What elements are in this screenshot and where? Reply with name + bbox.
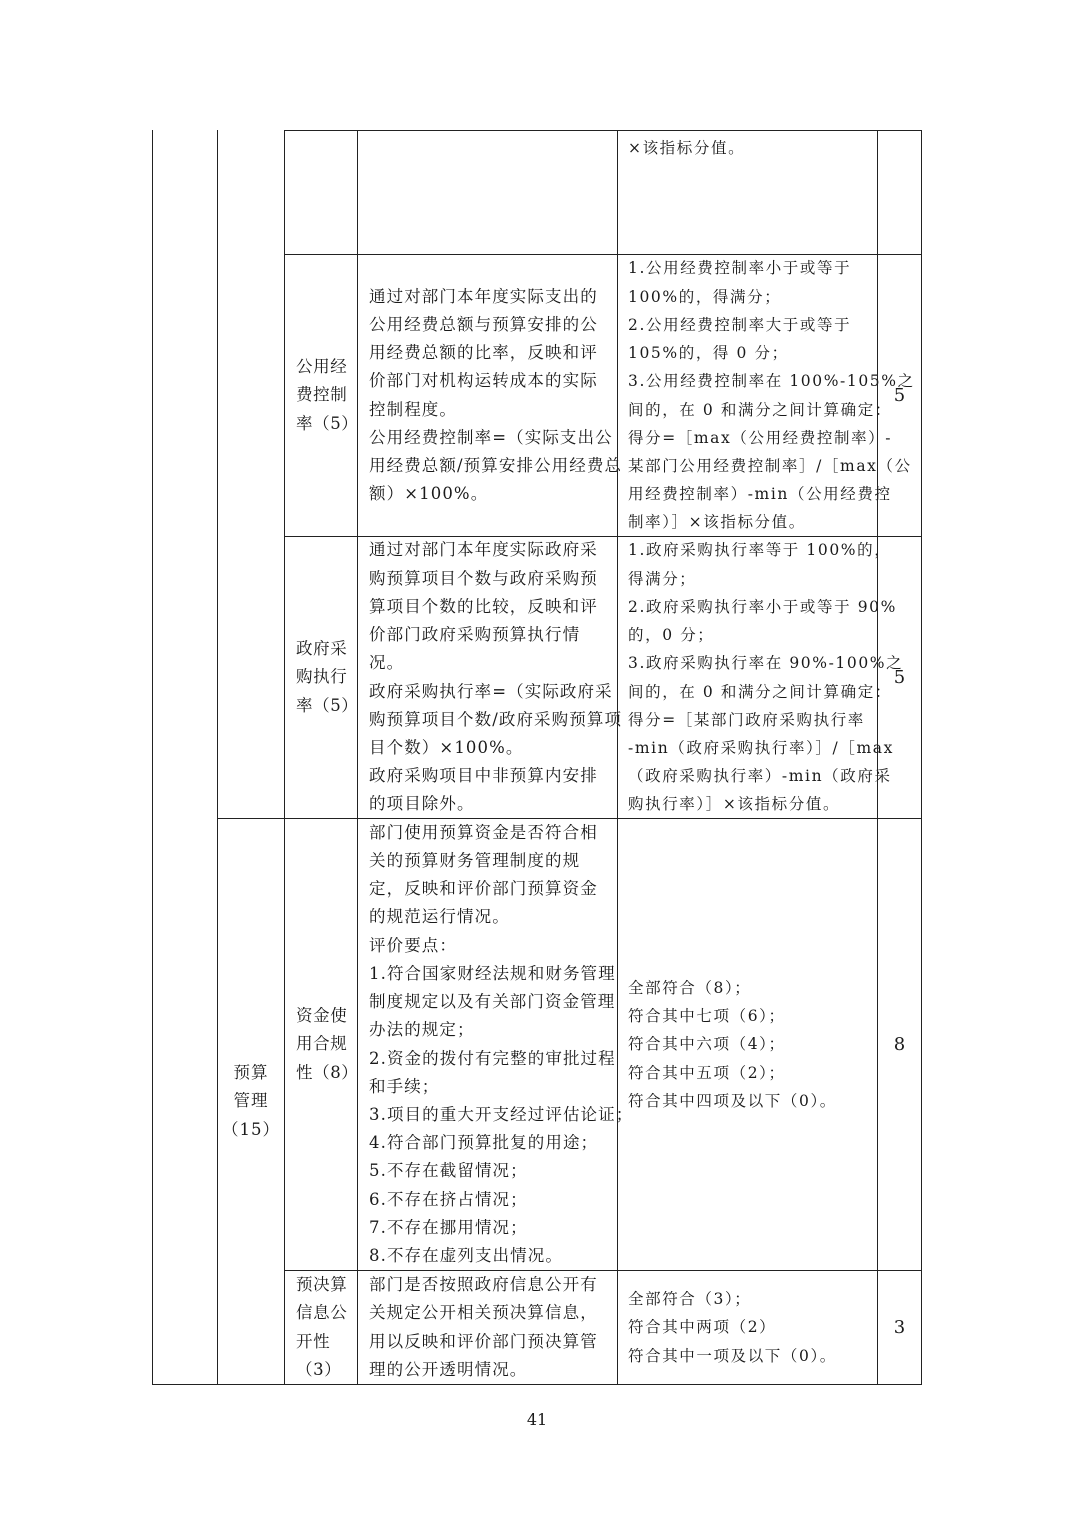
level2-indicator-cell-empty: [217, 130, 285, 819]
text-line: 性（8）: [296, 1059, 357, 1087]
text-line: 部门是否按照政府信息公开有: [369, 1271, 617, 1299]
indicator-cell-public-expense-control-rate: 公用经费控制率（5）: [284, 254, 358, 537]
text-line: 6.不存在挤占情况；: [369, 1186, 617, 1214]
text-line: 预决算: [296, 1271, 357, 1299]
criteria-cell: ×该指标分值。: [617, 130, 878, 255]
text-line: 费控制: [296, 381, 357, 409]
text-line: 定，反映和评价部门预算资金: [369, 875, 617, 903]
text-line: 价部门对机构运转成本的实际: [369, 367, 617, 395]
text-line: 的，0 分；: [628, 621, 877, 649]
text-line: 某部门公用经费控制率］/［max（公: [628, 452, 877, 480]
score-value: 5: [894, 667, 905, 688]
page-number: 41: [0, 1410, 1074, 1430]
text-line: 价部门政府采购预算执行情: [369, 621, 617, 649]
text-line: 3.公用经费控制率在 100%-105%之: [628, 367, 877, 395]
score-value: 3: [894, 1317, 905, 1338]
text-line: 用合规: [296, 1030, 357, 1058]
text-line: 率（5）: [296, 410, 357, 438]
text-line: 的规范运行情况。: [369, 903, 617, 931]
text-line: 关的预算财务管理制度的规: [369, 847, 617, 875]
text-line: -min（政府采购执行率）］/［max: [628, 734, 877, 762]
criteria-cell: 1.政府采购执行率等于 100%的，得满分；2.政府采购执行率小于或等于 90%…: [617, 536, 878, 819]
text-line: 符合其中两项（2）: [628, 1313, 877, 1341]
indicator-cell-procurement-execution-rate: 政府采购执行率（5）: [284, 536, 358, 819]
text-line: 用以反映和评价部门预决算管: [369, 1328, 617, 1356]
text-line: 符合其中四项及以下（0）。: [628, 1087, 877, 1115]
text-line: 2.公用经费控制率大于或等于: [628, 311, 877, 339]
text-line: 理的公开透明情况。: [369, 1356, 617, 1384]
text-line: 额）×100%。: [369, 480, 617, 508]
score-cell: 8: [877, 818, 922, 1271]
text-line: 100%的，得满分；: [628, 283, 877, 311]
indicator-cell-budget-disclosure: 预决算信息公开性（3）: [284, 1270, 358, 1385]
text-line: （政府采购执行率）-min（政府采: [628, 762, 877, 790]
text-line: 1.符合国家财经法规和财务管理: [369, 960, 617, 988]
text-line: 信息公: [296, 1299, 357, 1327]
score-cell: [877, 130, 922, 255]
text-line: 关规定公开相关预决算信息，: [369, 1299, 617, 1327]
text-line: 符合其中五项（2）；: [628, 1059, 877, 1087]
text-line: 间的，在 0 和满分之间计算确定：: [628, 396, 877, 424]
text-line: 通过对部门本年度实际支出的: [369, 283, 617, 311]
text-line: 公用经费控制率=（实际支出公: [369, 424, 617, 452]
text-line: 资金使: [296, 1002, 357, 1030]
text-line: 通过对部门本年度实际政府采: [369, 536, 617, 564]
text-line: 符合其中六项（4）；: [628, 1030, 877, 1058]
text-line: 8.不存在虚列支出情况。: [369, 1242, 617, 1270]
text-line: 预算: [234, 1059, 269, 1087]
text-line: 3.政府采购执行率在 90%-100%之: [628, 649, 877, 677]
indicator-cell: [284, 130, 358, 255]
text-line: 全部符合（8）；: [628, 974, 877, 1002]
text-line: 购预算项目个数/政府采购预算项: [369, 706, 617, 734]
criteria-cell: 全部符合（3）；符合其中两项（2）符合其中一项及以下（0）。: [617, 1270, 878, 1385]
text-line: （15）: [222, 1116, 280, 1144]
text-line: 政府采购执行率=（实际政府采: [369, 678, 617, 706]
text-line: 105%的，得 0 分；: [628, 339, 877, 367]
text-line: 得分=［max（公用经费控制率）-: [628, 424, 877, 452]
text-line: 购预算项目个数与政府采购预: [369, 565, 617, 593]
text-line: 的项目除外。: [369, 790, 617, 818]
text-line: 公用经费总额与预算安排的公: [369, 311, 617, 339]
indicator-cell-fund-use-compliance: 资金使用合规性（8）: [284, 818, 358, 1271]
level2-indicator-budget-management: 预算管理（15）: [217, 818, 285, 1385]
text-line: 政府采购项目中非预算内安排: [369, 762, 617, 790]
text-line: 管理: [234, 1087, 269, 1115]
text-line: 用经费总额/预算安排公用经费总: [369, 452, 617, 480]
text-line: 符合其中一项及以下（0）。: [628, 1342, 877, 1370]
text-line: 和手续；: [369, 1073, 617, 1101]
text-line: 公用经: [296, 353, 357, 381]
text-line: 用经费控制率）-min（公用经费控: [628, 480, 877, 508]
text-line: 购执行: [296, 663, 357, 691]
text-line: 开性: [296, 1328, 357, 1356]
text-line: 全部符合（3）；: [628, 1285, 877, 1313]
text-line: 用经费总额的比率，反映和评: [369, 339, 617, 367]
text-line: ×该指标分值。: [628, 134, 877, 162]
score-cell: 3: [877, 1270, 922, 1385]
description-cell: 部门是否按照政府信息公开有关规定公开相关预决算信息，用以反映和评价部门预决算管理…: [357, 1270, 618, 1385]
text-line: 政府采: [296, 635, 357, 663]
text-line: 7.不存在挪用情况；: [369, 1214, 617, 1242]
text-line: 率（5）: [296, 692, 357, 720]
text-line: 控制程度。: [369, 396, 617, 424]
text-line: 算项目个数的比较，反映和评: [369, 593, 617, 621]
text-line: 2.政府采购执行率小于或等于 90%: [628, 593, 877, 621]
description-cell: [357, 130, 618, 255]
score-value: 5: [894, 385, 905, 406]
description-cell: 部门使用预算资金是否符合相关的预算财务管理制度的规定，反映和评价部门预算资金的规…: [357, 818, 618, 1271]
text-line: 购执行率）］×该指标分值。: [628, 790, 877, 818]
text-line: 4.符合部门预算批复的用途；: [369, 1129, 617, 1157]
criteria-cell: 全部符合（8）；符合其中七项（6）；符合其中六项（4）；符合其中五项（2）；符合…: [617, 818, 878, 1271]
description-cell: 通过对部门本年度实际政府采购预算项目个数与政府采购预算项目个数的比较，反映和评价…: [357, 536, 618, 819]
text-line: 2.资金的拨付有完整的审批过程: [369, 1045, 617, 1073]
text-line: 评价要点：: [369, 932, 617, 960]
criteria-cell: 1.公用经费控制率小于或等于100%的，得满分；2.公用经费控制率大于或等于10…: [617, 254, 878, 537]
text-line: 办法的规定；: [369, 1016, 617, 1044]
text-line: 5.不存在截留情况；: [369, 1157, 617, 1185]
text-line: 得满分；: [628, 565, 877, 593]
text-line: 况。: [369, 649, 617, 677]
description-cell: 通过对部门本年度实际支出的公用经费总额与预算安排的公用经费总额的比率，反映和评价…: [357, 254, 618, 537]
text-line: 间的，在 0 和满分之间计算确定：: [628, 678, 877, 706]
text-line: 符合其中七项（6）；: [628, 1002, 877, 1030]
text-line: 制率）］×该指标分值。: [628, 508, 877, 536]
text-line: 部门使用预算资金是否符合相: [369, 819, 617, 847]
text-line: 目个数）×100%。: [369, 734, 617, 762]
text-line: （3）: [296, 1356, 357, 1384]
text-line: 1.政府采购执行率等于 100%的，: [628, 536, 877, 564]
score-cell: 5: [877, 536, 922, 819]
score-value: 8: [894, 1034, 905, 1055]
text-line: 制度规定以及有关部门资金管理: [369, 988, 617, 1016]
level1-indicator-cell: [152, 130, 218, 1385]
text-line: 1.公用经费控制率小于或等于: [628, 254, 877, 282]
text-line: 得分=［某部门政府采购执行率: [628, 706, 877, 734]
score-cell: 5: [877, 254, 922, 537]
text-line: 3.项目的重大开支经过评估论证；: [369, 1101, 617, 1129]
